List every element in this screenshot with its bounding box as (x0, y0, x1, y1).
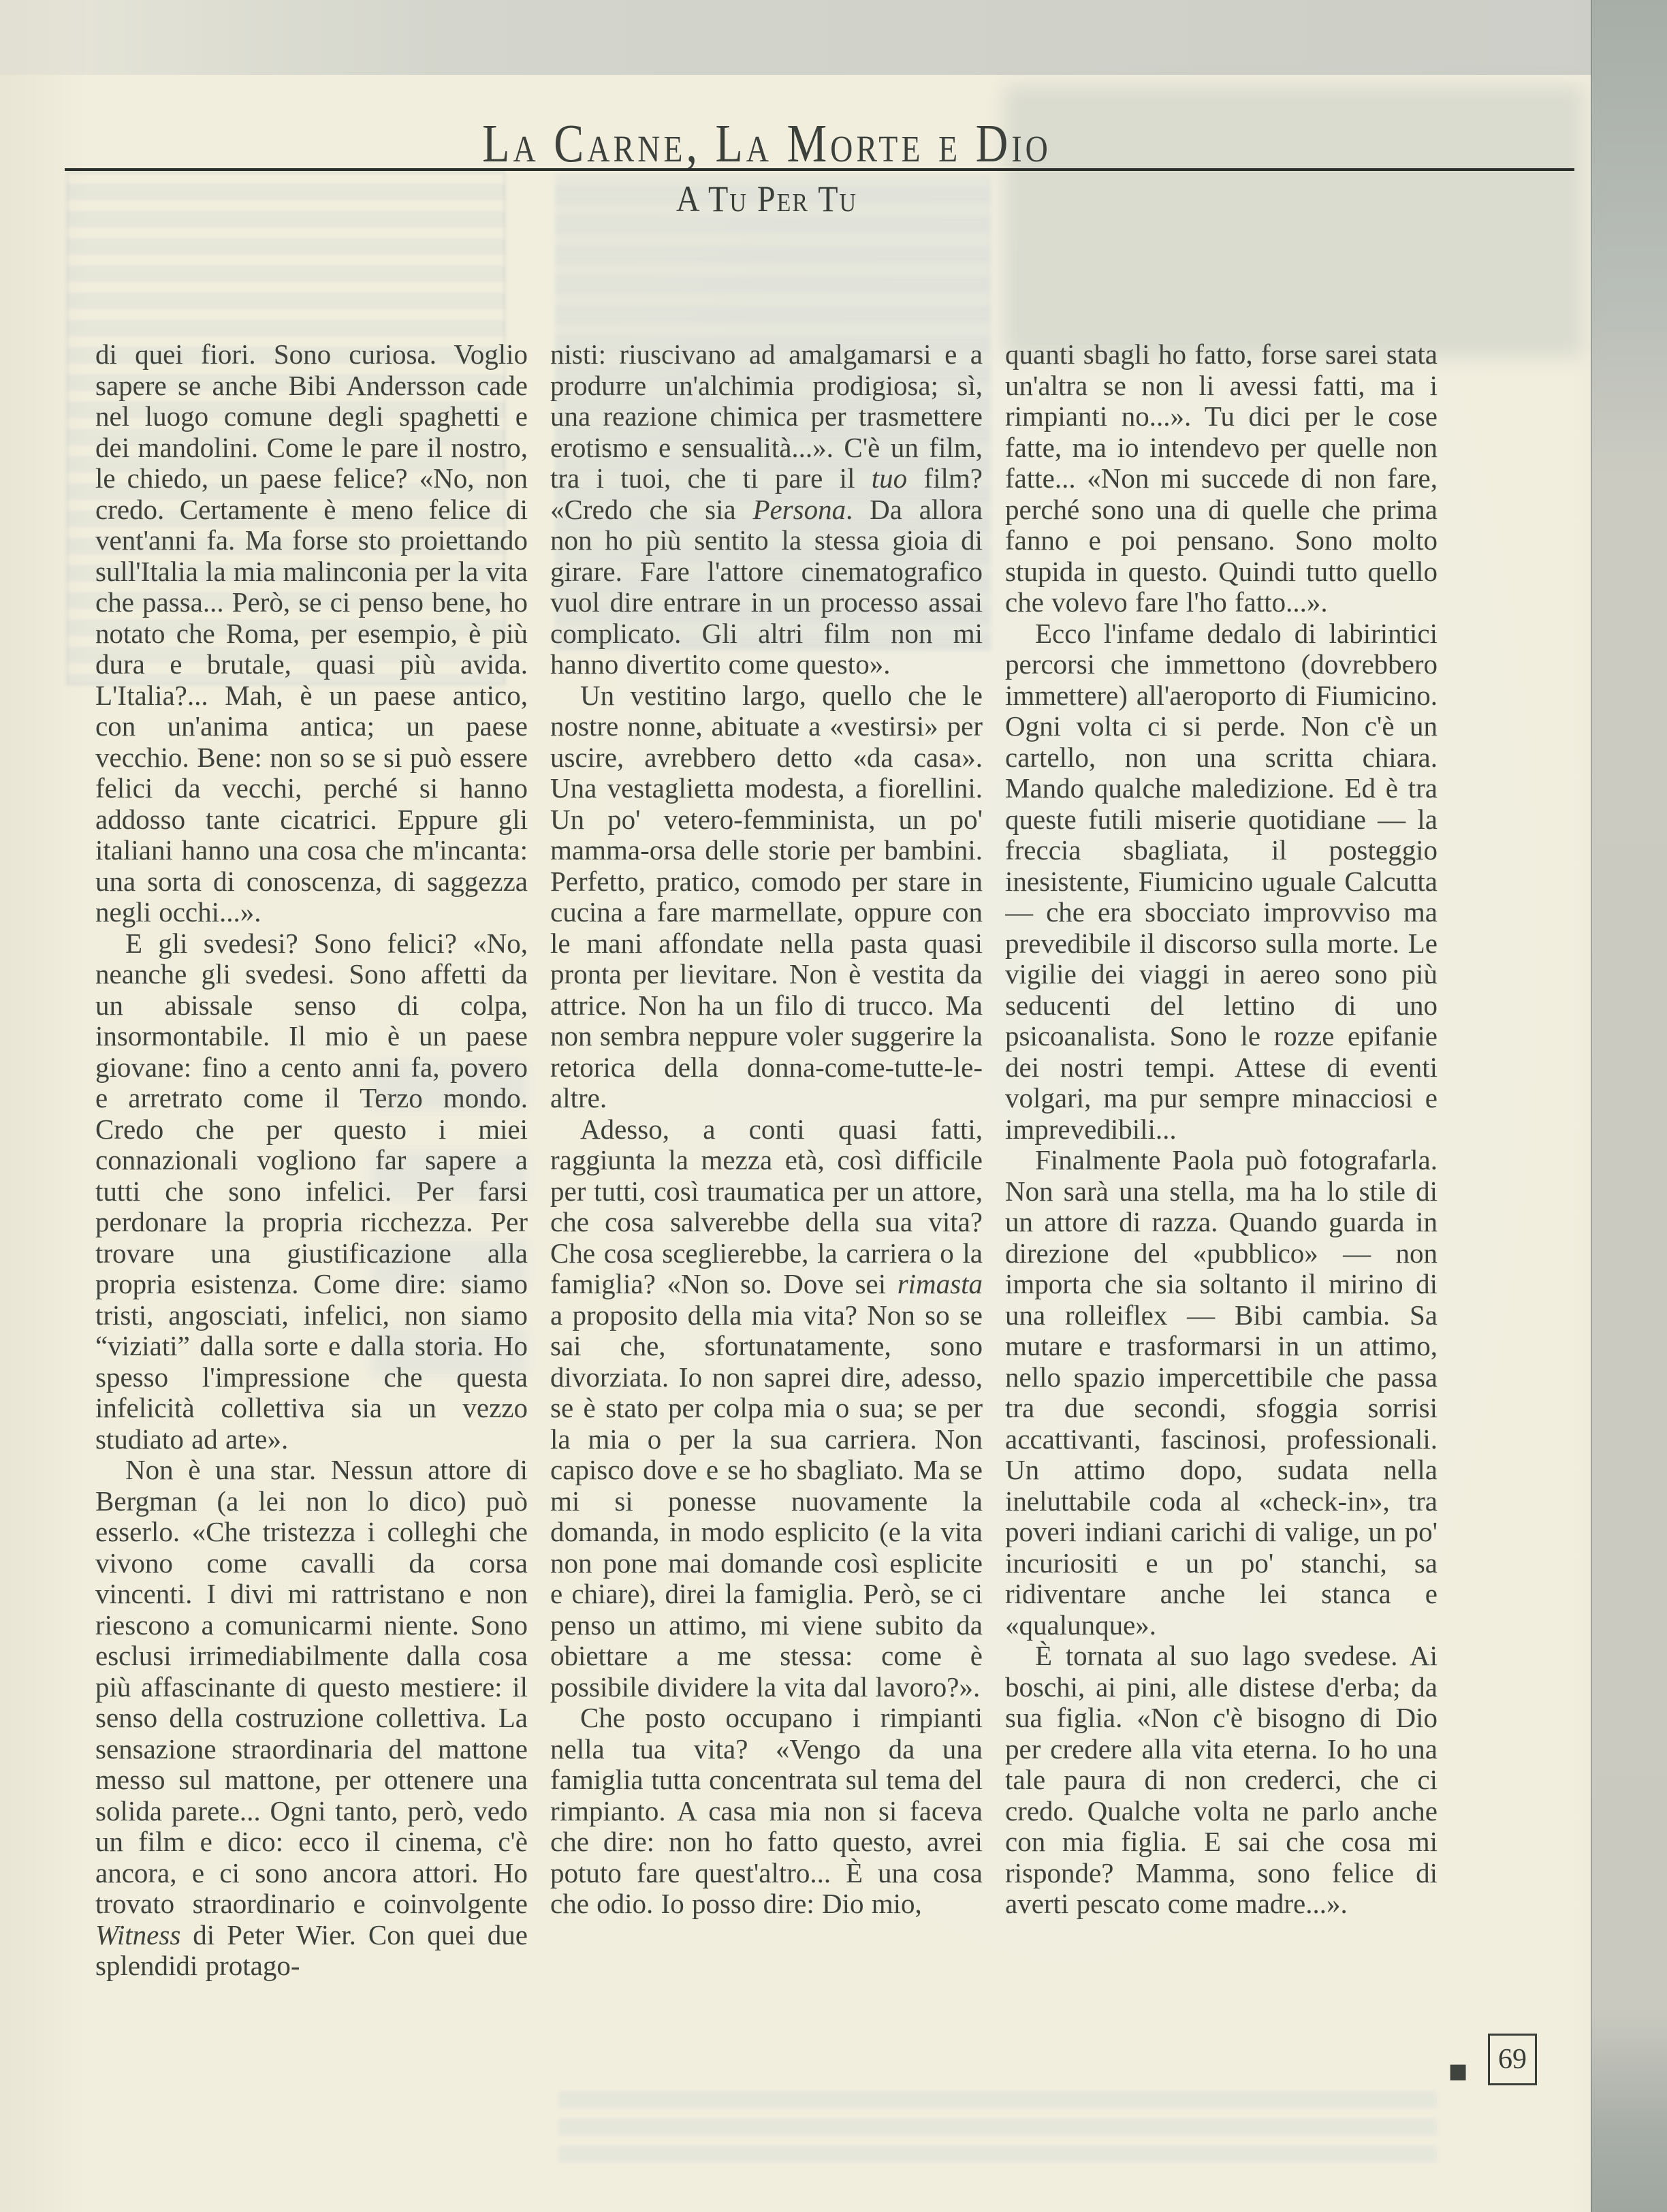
paragraph: Non è una star. Nessun attore di Bergman… (95, 1455, 528, 1982)
paragraph: Che posto occupano i rimpianti nella tua… (550, 1703, 983, 1920)
article-title: La Carne, La Morte e Dio (95, 113, 1438, 175)
paragraph: Finalmente Paola può fotografarla. Non s… (1005, 1145, 1438, 1641)
scanned-magazine-page: { "header": { "title": "La Carne, La Mor… (0, 0, 1667, 2212)
header-rule (65, 168, 1574, 171)
paragraph: di quei fiori. Sono curiosa. Voglio sape… (95, 339, 528, 928)
paragraph: Adesso, a conti quasi fatti, raggiunta l… (550, 1114, 983, 1703)
paragraph: quanti sbagli ho fatto, forse sarei stat… (1005, 339, 1438, 618)
page-number: 69 (1498, 2043, 1527, 2076)
text-column-2: nisti: riuscivano ad amalgamarsi e a pro… (550, 339, 983, 2178)
scan-edge-top (0, 0, 1667, 75)
paragraph: Ecco l'infame dedalo di labirintici perc… (1005, 618, 1438, 1145)
text-column-3: quanti sbagli ho fatto, forse sarei stat… (1005, 339, 1438, 2178)
end-of-article-mark: ■ (1448, 2063, 1467, 2081)
paragraph: È tornata al suo lago svedese. Ai boschi… (1005, 1641, 1438, 1920)
scan-edge-right (1591, 0, 1667, 2212)
paragraph: E gli svedesi? Sono felici? «No, neanche… (95, 928, 528, 1455)
paragraph: nisti: riuscivano ad amalgamarsi e a pro… (550, 339, 983, 680)
page-number-badge: 69 (1488, 2034, 1537, 2085)
article-subtitle: A Tu Per Tu (95, 178, 1438, 221)
article-body: di quei fiori. Sono curiosa. Voglio sape… (95, 339, 1438, 2178)
paragraph: Un vestitino largo, quello che le nostre… (550, 680, 983, 1114)
text-column-1: di quei fiori. Sono curiosa. Voglio sape… (95, 339, 528, 2178)
